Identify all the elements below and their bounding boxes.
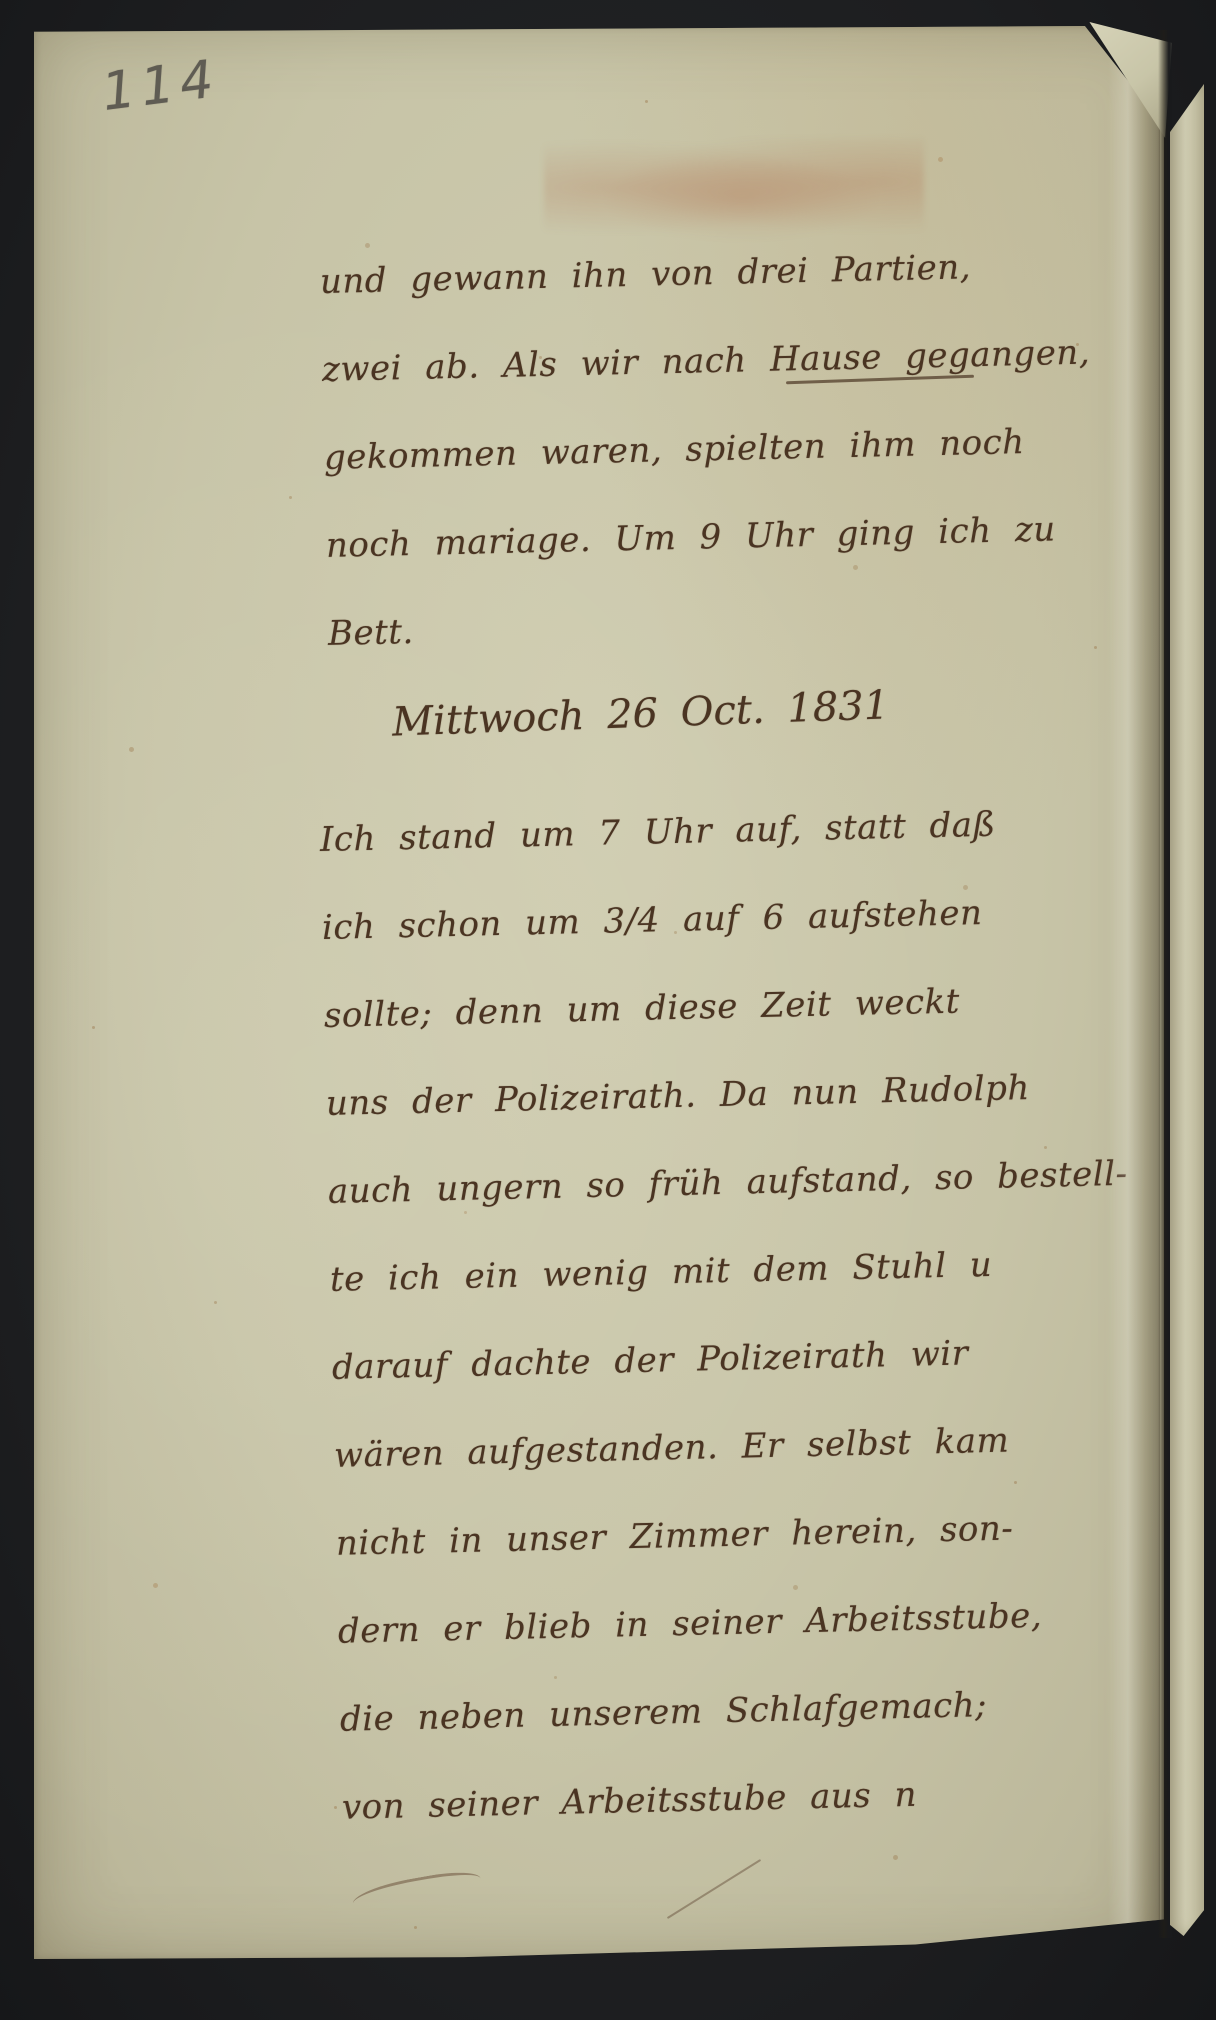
- manuscript-line: darauf dachte der Polizeirath wir: [331, 1308, 1033, 1412]
- manuscript-line: te ich ein wenig mit dem Stuhl u: [329, 1220, 1031, 1324]
- paragraph-2: Ich stand um 7 Uhr auf, statt daß ich sc…: [319, 780, 1043, 1852]
- manuscript-line: gekommen waren, spielten ihm noch: [323, 398, 1025, 502]
- page-number: 114: [99, 49, 223, 123]
- date-heading: Mittwoch 26 Oct. 1831: [391, 665, 891, 762]
- manuscript-line: zwei ab. Als wir nach Hause gegangen,: [321, 310, 1023, 414]
- adjacent-page-edge: [1170, 84, 1204, 1936]
- manuscript-line: und gewann ihn von drei Partien,: [319, 222, 1021, 326]
- manuscript-line: die neben unserem Schlafgemach;: [339, 1660, 1041, 1764]
- manuscript-line: ich schon um 3/4 auf 6 aufstehen: [321, 868, 1023, 972]
- manuscript-line: sollte; denn um diese Zeit weckt: [323, 956, 1025, 1060]
- page-crease: [1108, 26, 1160, 1960]
- pencil-mark: [350, 1867, 483, 1918]
- manuscript-line: noch mariage. Um 9 Uhr ging ich zu: [325, 486, 1027, 590]
- paper-flecks: [34, 26, 37, 29]
- manuscript-line: nicht in unser Zimmer herein, son-: [335, 1484, 1037, 1588]
- scratch-mark: [667, 1859, 761, 1919]
- manuscript-line: uns der Polizeirath. Da nun Rudolph: [325, 1044, 1027, 1148]
- manuscript-line: auch ungern so früh aufstand, so bestell…: [327, 1132, 1029, 1236]
- manuscript-line: Bett.: [327, 574, 1029, 678]
- manuscript-line: von seiner Arbeitsstube aus n: [341, 1748, 1043, 1852]
- manuscript-photo: 114 und gewann ihn von drei Partien, zwe…: [0, 0, 1216, 2020]
- manuscript-page: 114 und gewann ihn von drei Partien, zwe…: [34, 26, 1164, 1960]
- manuscript-line: wären aufgestanden. Er selbst kam: [333, 1396, 1035, 1500]
- page-seam-shadow: [1158, 30, 1172, 1938]
- manuscript-line: Ich stand um 7 Uhr auf, statt daß: [319, 780, 1021, 884]
- manuscript-line: dern er blieb in seiner Arbeitsstube,: [337, 1572, 1039, 1676]
- paragraph-1: und gewann ihn von drei Partien, zwei ab…: [319, 222, 1029, 678]
